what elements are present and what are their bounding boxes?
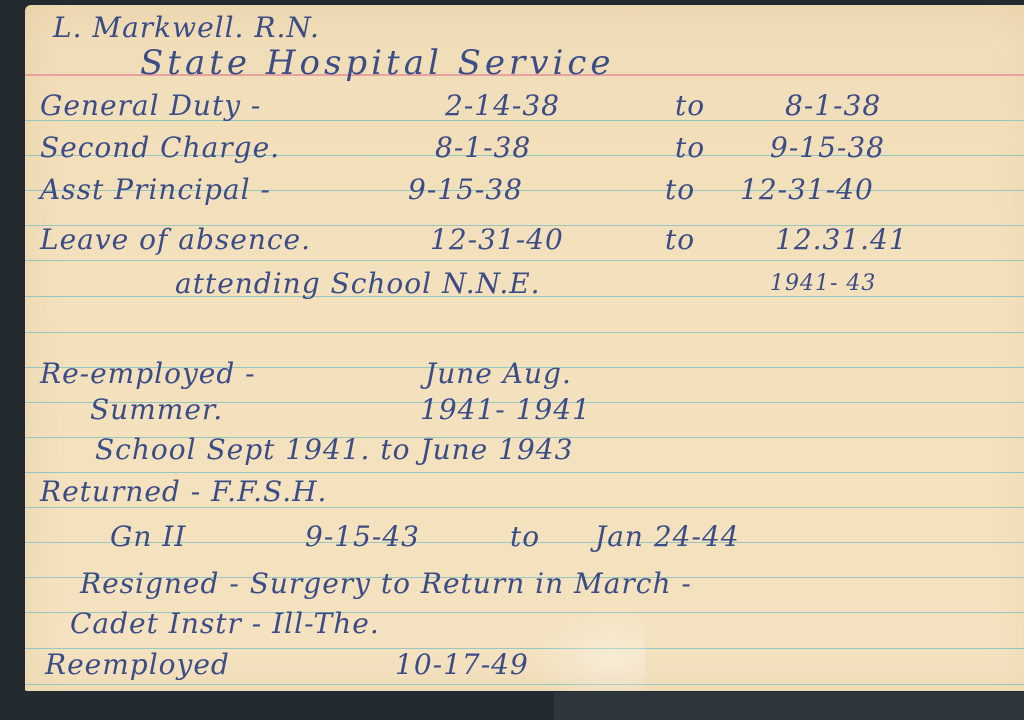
nurse-name: L. Markwell. R.N. [53,11,320,44]
entry-from-date: 9-15-38 [408,173,523,206]
entry-position: Second Charge. [40,131,280,164]
entry-from-date: 2-14-38 [445,89,560,122]
entry-position: Leave of absence. [40,223,311,256]
card-heading: State Hospital Service [140,43,615,83]
gn2-label: Gn II [110,520,186,553]
rule-line [25,472,1024,473]
school-attendance: attending School N.N.E. [175,267,541,300]
reemployed-label: Re-employed - [40,357,256,390]
gn2-to-label: to [510,520,540,553]
entry-position: General Duty - [40,89,261,122]
scanner-backdrop [554,692,1024,720]
rule-line [25,684,1024,685]
school-years: 1941- 43 [770,271,876,296]
entry-from-date: 8-1-38 [435,131,531,164]
reemployed-months: June Aug. [425,357,572,390]
entry-from-date: 12-31-40 [430,223,564,256]
cadet-instructor-line: Cadet Instr - Ill-The. [70,607,380,640]
entry-to-date: 8-1-38 [785,89,881,122]
reemployed-final-label: Reemployed [45,648,230,681]
entry-to-label: to [675,89,705,122]
paper-crease [535,605,645,691]
entry-to-label: to [665,173,695,206]
reemployed-years: 1941- 1941 [420,393,591,426]
entry-to-date: 12-31-40 [740,173,874,206]
entry-to-date: 9-15-38 [770,131,885,164]
entry-to-date: 12.31.41 [775,223,908,256]
entry-to-label: to [665,223,695,256]
entry-position: Asst Principal - [40,173,271,206]
returned-line: Returned - F.F.S.H. [40,475,327,508]
resigned-line: Resigned - Surgery to Return in March - [80,567,692,600]
reemployed-final-date: 10-17-49 [395,648,529,681]
entry-to-label: to [675,131,705,164]
index-card: L. Markwell. R.N. State Hospital Service… [25,5,1024,691]
rule-line [25,260,1024,261]
gn2-from-date: 9-15-43 [305,520,420,553]
school-period: School Sept 1941. to June 1943 [95,433,573,466]
rule-line [25,332,1024,333]
reemployed-season: Summer. [90,393,223,426]
gn2-to-date: Jan 24-44 [595,520,740,553]
